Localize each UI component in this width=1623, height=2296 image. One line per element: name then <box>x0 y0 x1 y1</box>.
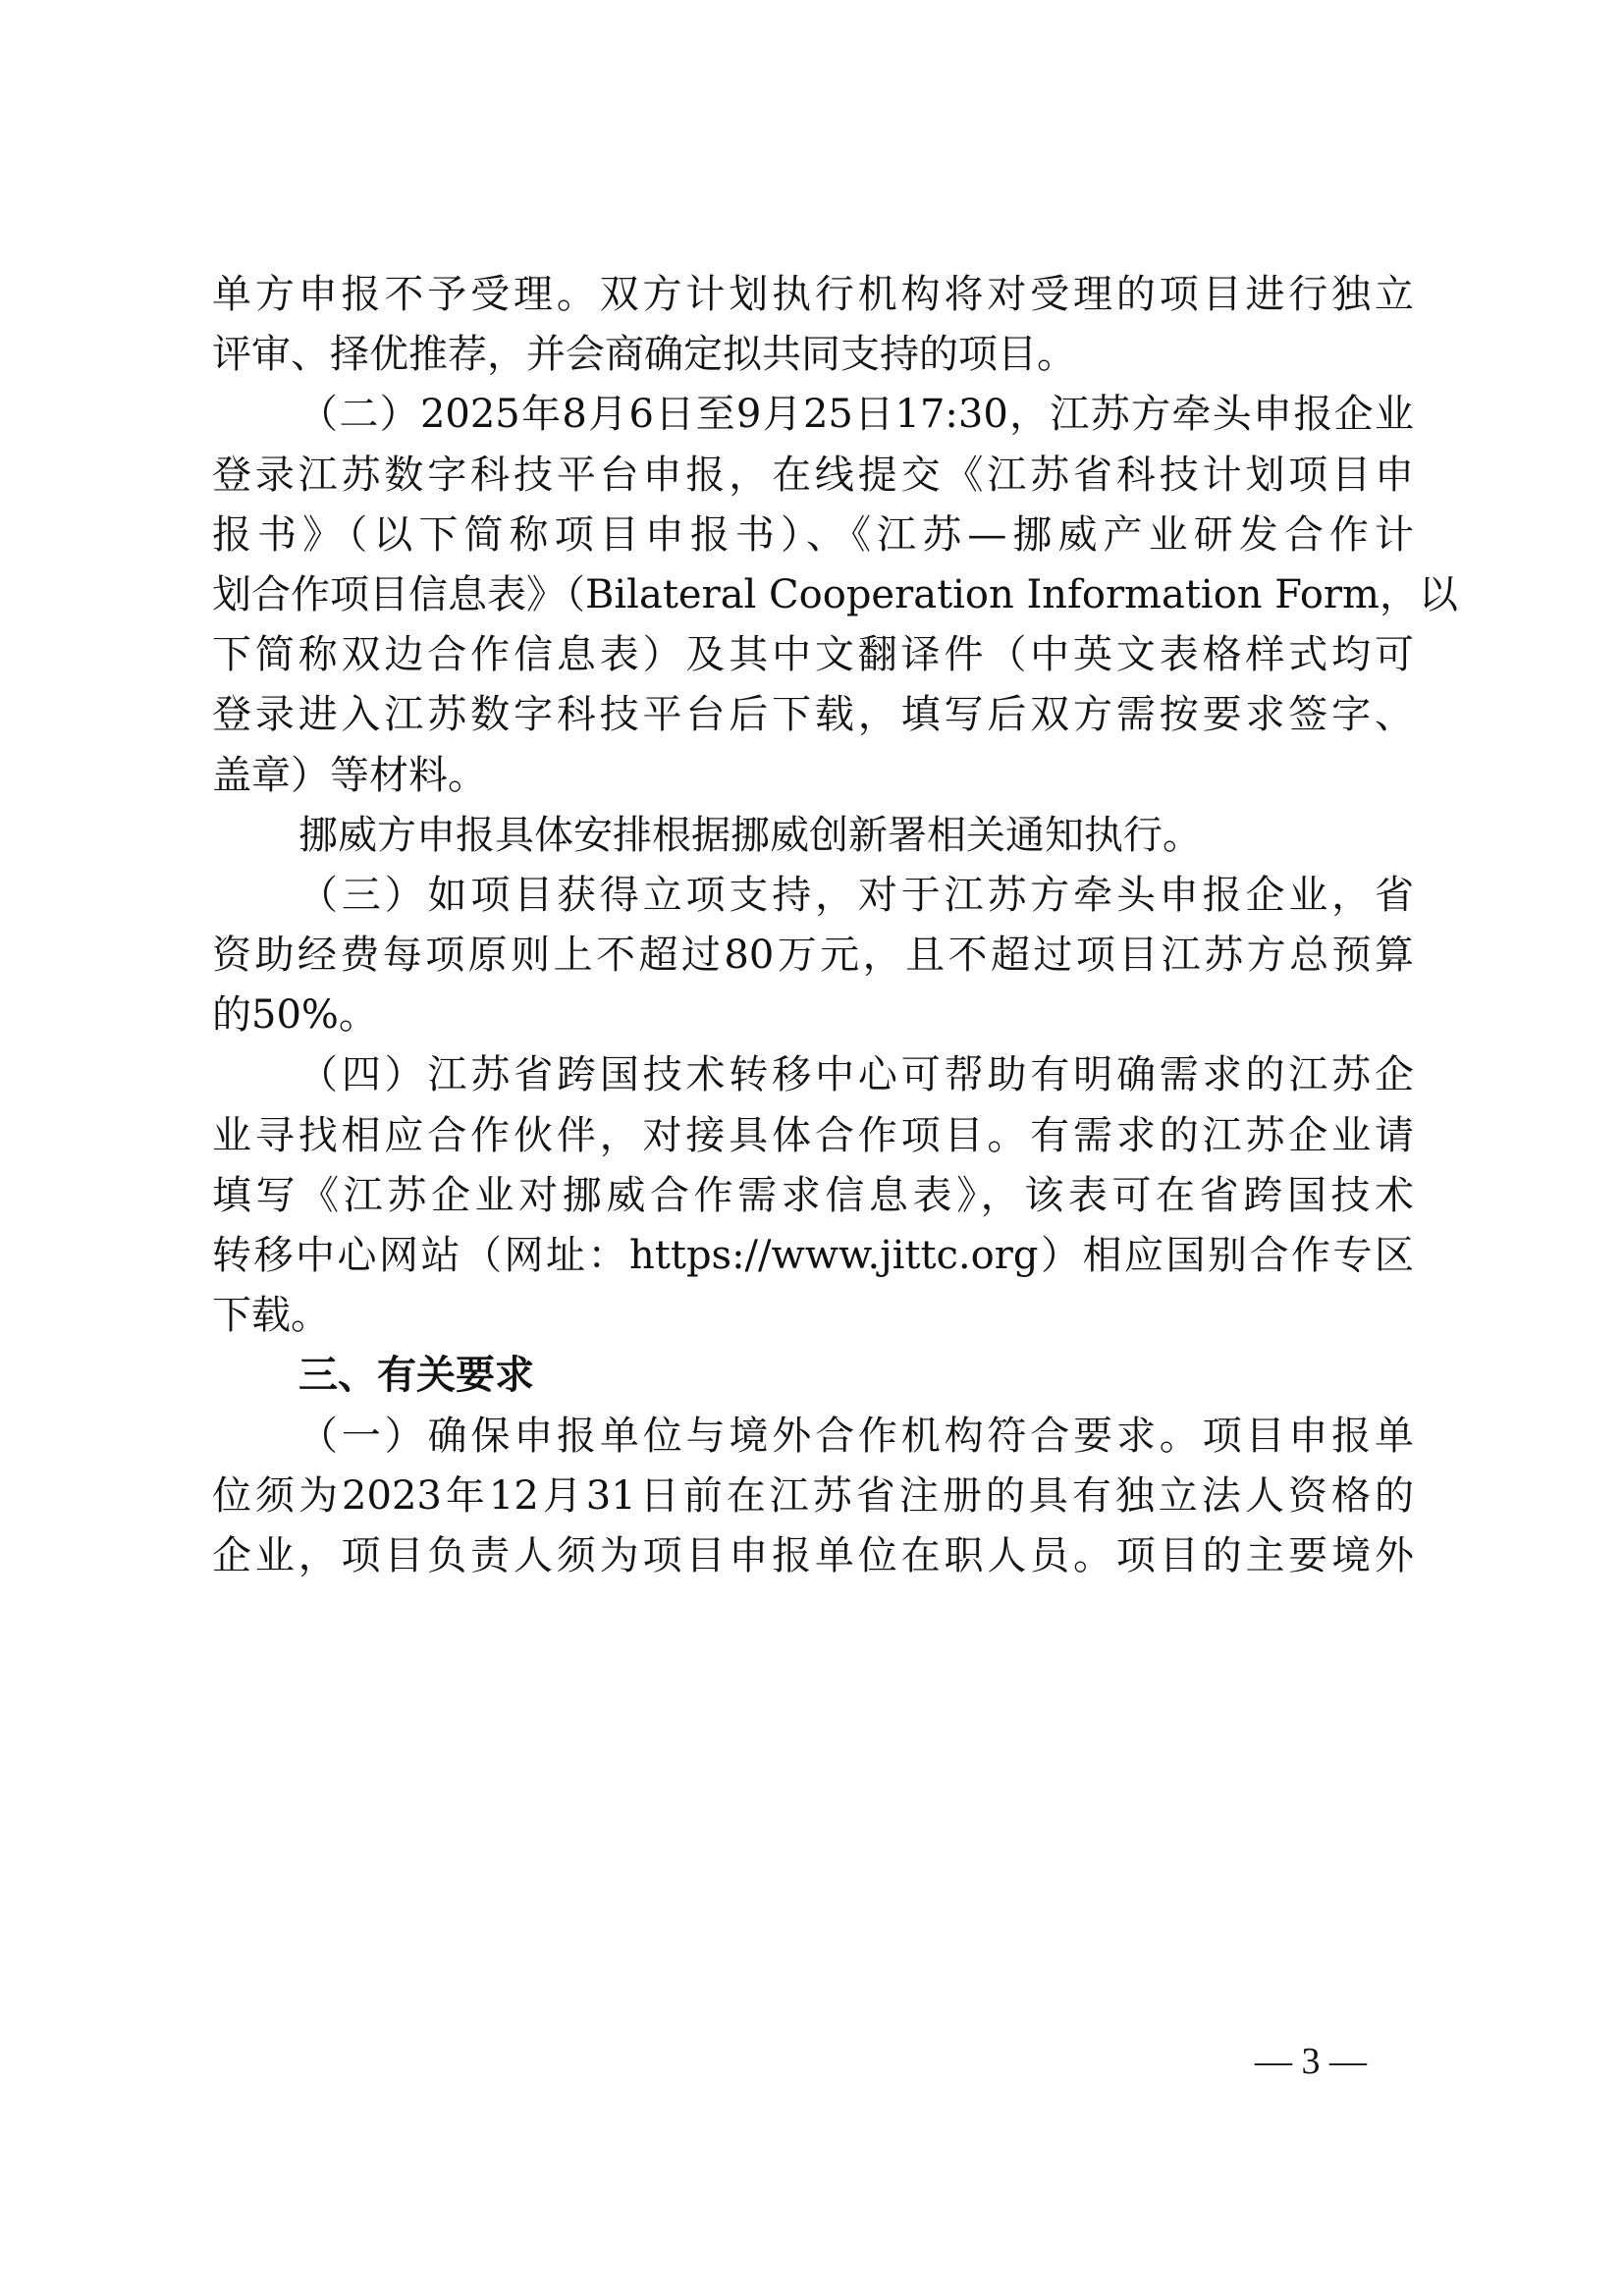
paragraph-line-website: 转移中心网站（网址：https://www.jittc.org）相应国别合作专区 <box>212 1226 1414 1286</box>
paragraph-line: 填写《江苏企业对挪威合作需求信息表》，该表可在省跨国技术 <box>212 1166 1414 1226</box>
paragraph-line: 登录江苏数字科技平台申报，在线提交《江苏省科技计划项目申 <box>212 446 1414 506</box>
paragraph-line: 资助经费每项原则上不超过80万元，且不超过项目江苏方总预算 <box>212 926 1414 986</box>
paragraph-line: 盖章）等材料。 <box>212 746 1414 806</box>
paragraph-line: 报书》（以下简称项目申报书）、《江苏—挪威产业研发合作计 <box>212 506 1414 565</box>
paragraph-line: 下载。 <box>212 1286 1414 1346</box>
paragraph-line-funding: （三）如项目获得立项支持，对于江苏方牵头申报企业，省 <box>212 866 1414 926</box>
paragraph-line-norway: 挪威方申报具体安排根据挪威创新署相关通知执行。 <box>212 806 1414 866</box>
paragraph-line: 的50%。 <box>212 986 1414 1045</box>
body-text: 单方申报不予受理。双方计划执行机构将对受理的项目进行独立 评审、择优推荐，并会商… <box>212 265 1414 1586</box>
paragraph-line-requirements: （一）确保申报单位与境外合作机构符合要求。项目申报单 <box>212 1407 1414 1467</box>
page-number: — 3 — <box>1232 2040 1389 2083</box>
paragraph-line: 位须为2023年12月31日前在江苏省注册的具有独立法人资格的 <box>212 1467 1414 1526</box>
paragraph-line: 企业，项目负责人须为项目申报单位在职人员。项目的主要境外 <box>212 1526 1414 1586</box>
section-heading-requirements: 三、有关要求 <box>212 1346 1414 1406</box>
paragraph-line: 下简称双边合作信息表）及其中文翻译件（中英文表格样式均可 <box>212 625 1414 685</box>
paragraph-line-transfer-center: （四）江苏省跨国技术转移中心可帮助有明确需求的江苏企 <box>212 1045 1414 1105</box>
paragraph-line: 业寻找相应合作伙伴，对接具体合作项目。有需求的江苏企业请 <box>212 1106 1414 1166</box>
document-page: 单方申报不予受理。双方计划执行机构将对受理的项目进行独立 评审、择优推荐，并会商… <box>0 0 1623 2296</box>
paragraph-line: 单方申报不予受理。双方计划执行机构将对受理的项目进行独立 <box>212 265 1414 325</box>
paragraph-line: 登录进入江苏数字科技平台后下载，填写后双方需按要求签字、 <box>212 685 1414 745</box>
paragraph-line-deadline: （二）2025年8月6日至9月25日17:30，江苏方牵头申报企业 <box>212 385 1414 445</box>
paragraph-line: 评审、择优推荐，并会商确定拟共同支持的项目。 <box>212 325 1414 385</box>
paragraph-line: 划合作项目信息表》（Bilateral Cooperation Informat… <box>212 565 1414 625</box>
